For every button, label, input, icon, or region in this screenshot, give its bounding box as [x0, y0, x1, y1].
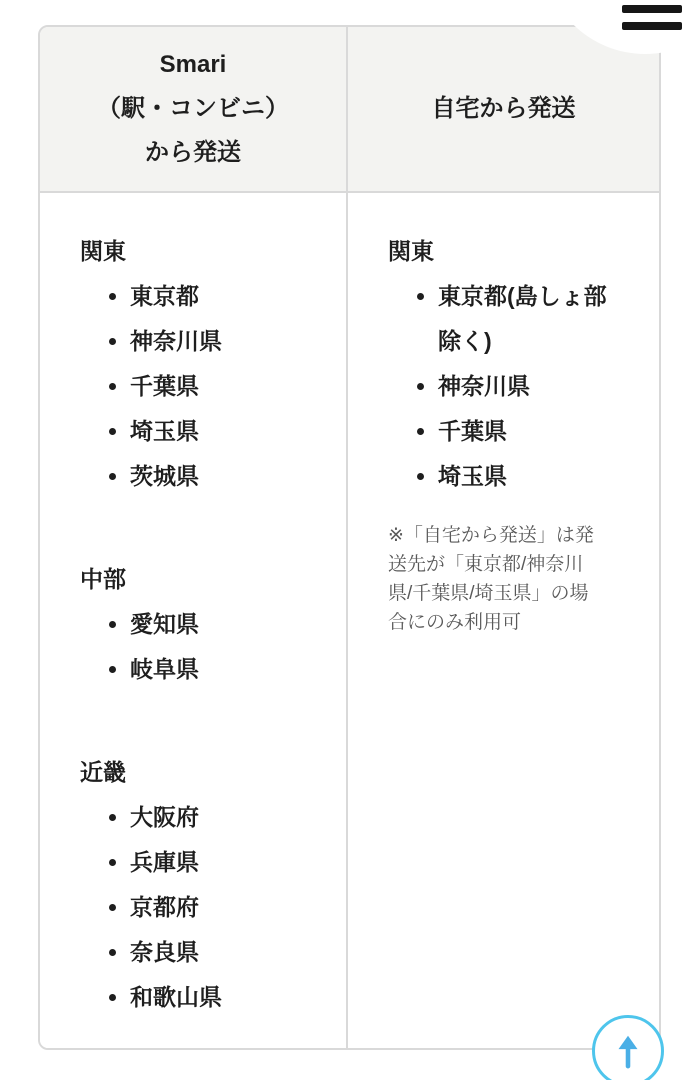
prefecture-list: 東京都(島しょ部除く)神奈川県千葉県埼玉県 — [388, 274, 631, 499]
region-heading: 関東 — [80, 229, 318, 274]
prefecture-item: 奈良県 — [130, 930, 318, 975]
shipping-origin-table: Smari （駅・コンビニ） から発送 自宅から発送 関東東京都神奈川県千葉県埼… — [38, 25, 661, 1050]
prefecture-item: 京都府 — [130, 885, 318, 930]
prefecture-item: 茨城県 — [130, 454, 318, 499]
header-smari-line1: Smari — [160, 43, 227, 87]
header-smari-line2: （駅・コンビニ） — [97, 87, 289, 131]
header-home-line1: 自宅から発送 — [432, 87, 576, 131]
prefecture-item: 大阪府 — [130, 795, 318, 840]
hamburger-menu-button[interactable] — [622, 4, 682, 30]
home-shipping-column: 関東東京都(島しょ部除く)神奈川県千葉県埼玉県※「自宅から発送」は発送先が「東京… — [348, 193, 659, 1048]
prefecture-item: 神奈川県 — [130, 319, 318, 364]
prefecture-item: 神奈川県 — [438, 364, 608, 409]
home-shipping-note: ※「自宅から発送」は発送先が「東京都/神奈川県/千葉県/埼玉県」の場合にのみ利用… — [388, 521, 606, 637]
region-section: 中部愛知県岐阜県 — [80, 557, 318, 692]
prefecture-item: 埼玉県 — [130, 409, 318, 454]
prefecture-item: 千葉県 — [130, 364, 318, 409]
hamburger-icon — [622, 22, 682, 30]
region-section: 関東東京都神奈川県千葉県埼玉県茨城県 — [80, 229, 318, 499]
prefecture-item: 埼玉県 — [438, 454, 608, 499]
smari-shipping-column: 関東東京都神奈川県千葉県埼玉県茨城県中部愛知県岐阜県近畿大阪府兵庫県京都府奈良県… — [40, 193, 348, 1048]
header-cell-smari: Smari （駅・コンビニ） から発送 — [40, 27, 348, 193]
region-section: 近畿大阪府兵庫県京都府奈良県和歌山県 — [80, 750, 318, 1020]
prefecture-item: 兵庫県 — [130, 840, 318, 885]
header-smari-line3: から発送 — [145, 131, 241, 175]
header-cell-home: 自宅から発送 — [348, 27, 659, 193]
prefecture-item: 千葉県 — [438, 409, 608, 454]
region-heading: 中部 — [80, 557, 318, 602]
prefecture-list: 愛知県岐阜県 — [80, 602, 318, 692]
prefecture-item: 東京都(島しょ部除く) — [438, 274, 608, 364]
prefecture-list: 東京都神奈川県千葉県埼玉県茨城県 — [80, 274, 318, 499]
arrow-up-icon — [612, 1032, 644, 1070]
prefecture-item: 愛知県 — [130, 602, 318, 647]
scroll-to-top-button[interactable] — [592, 1015, 664, 1080]
prefecture-item: 岐阜県 — [130, 647, 318, 692]
prefecture-list: 大阪府兵庫県京都府奈良県和歌山県 — [80, 795, 318, 1020]
region-section: 関東東京都(島しょ部除く)神奈川県千葉県埼玉県 — [388, 229, 631, 499]
prefecture-item: 東京都 — [130, 274, 318, 319]
hamburger-icon — [622, 5, 682, 13]
region-heading: 近畿 — [80, 750, 318, 795]
prefecture-item: 和歌山県 — [130, 975, 318, 1020]
region-heading: 関東 — [388, 229, 631, 274]
